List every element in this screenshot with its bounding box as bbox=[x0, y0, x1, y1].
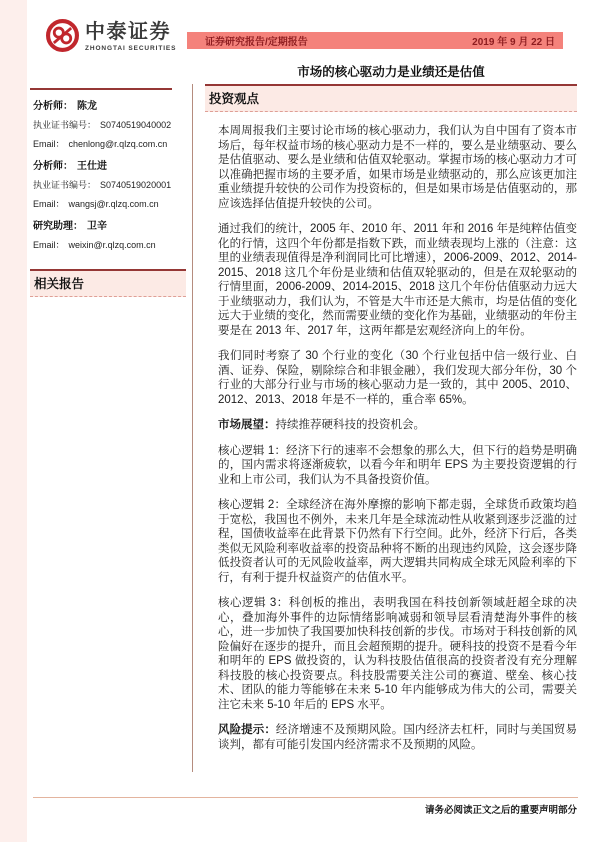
footer-rule bbox=[33, 797, 578, 798]
paragraph-text: 核心逻辑 2：全球经济在海外摩擦的影响下都走弱，全球货币政策均趋于宽松，我国也不… bbox=[218, 499, 577, 584]
analyst-email: chenlong@r.qlzq.com.cn bbox=[69, 139, 168, 149]
brand-name-en: ZHONGTAI SECURITIES bbox=[85, 45, 176, 52]
paragraph-text: 我们同时考察了 30 个行业的变化（30 个行业包括中信一级行业、白酒、证券、保… bbox=[218, 350, 577, 406]
report-category: 证券研究报告/定期报告 bbox=[205, 33, 308, 48]
analyst-list: 分析师：陈龙 执业证书编号：S0740519040002 Email：chenl… bbox=[30, 97, 186, 251]
report-paragraph: 核心逻辑 2：全球经济在海外摩擦的影响下都走弱，全球货币政策均趋于宽松，我国也不… bbox=[218, 498, 577, 585]
analyst-name: 陈龙 bbox=[77, 101, 97, 112]
report-paragraph: 通过我们的统计，2005 年、2010 年、2011 年和 2016 年是纯粹估… bbox=[218, 222, 577, 338]
analyst-role-label: 研究助理： bbox=[33, 221, 83, 232]
paragraph-text: 本周周报我们主要讨论市场的核心驱动力，我们认为自中国有了资本市场后，每年权益市场… bbox=[218, 125, 577, 210]
investment-view-header: 投资观点 bbox=[205, 84, 577, 112]
report-page: 中泰证券 ZHONGTAI SECURITIES 证券研究报告/定期报告 201… bbox=[0, 0, 595, 842]
report-title: 市场的核心驱动力是业绩还是估值 bbox=[205, 62, 577, 80]
email-label: Email： bbox=[33, 199, 65, 209]
related-reports-header: 相关报告 bbox=[30, 269, 186, 297]
report-paragraph: 我们同时考察了 30 个行业的变化（30 个行业包括中信一级行业、白酒、证券、保… bbox=[218, 349, 577, 407]
brand-text: 中泰证券 ZHONGTAI SECURITIES bbox=[85, 19, 176, 52]
analyst-email: weixin@r.qlzq.com.cn bbox=[69, 240, 156, 250]
paragraph-text: 核心逻辑 3：科创板的推出，表明我国在科技创新领域赶超全球的决心，叠加海外事件的… bbox=[218, 597, 577, 711]
paragraph-text: 通过我们的统计，2005 年、2010 年、2011 年和 2016 年是纯粹估… bbox=[218, 223, 577, 337]
report-paragraph: 核心逻辑 1：经济下行的速率不会想象的那么大，但下行的趋势是明确的，国内需求将逐… bbox=[218, 444, 577, 488]
report-paragraph: 市场展望：持续推荐硬科技的投资机会。 bbox=[218, 418, 577, 433]
analyst-role-label: 分析师： bbox=[33, 161, 73, 172]
paragraph-text: 核心逻辑 1：经济下行的速率不会想象的那么大，但下行的趋势是明确的，国内需求将逐… bbox=[218, 445, 577, 486]
brand-logo: 中泰证券 ZHONGTAI SECURITIES bbox=[46, 19, 176, 52]
brand-name-cn: 中泰证券 bbox=[85, 22, 176, 43]
report-paragraph: 本周周报我们主要讨论市场的核心驱动力，我们认为自中国有了资本市场后，每年权益市场… bbox=[218, 124, 577, 211]
email-label: Email： bbox=[33, 240, 65, 250]
cert-label: 执业证书编号： bbox=[33, 120, 96, 130]
paragraph-text: 持续推荐硬科技的投资机会。 bbox=[276, 419, 426, 431]
main-content: 投资观点 本周周报我们主要讨论市场的核心驱动力，我们认为自中国有了资本市场后，每… bbox=[205, 84, 577, 763]
cert-label: 执业证书编号： bbox=[33, 180, 96, 190]
analyst-name: 卫辛 bbox=[87, 221, 107, 232]
page-left-margin-stripe bbox=[0, 0, 27, 842]
zhongtai-logo-icon bbox=[46, 19, 79, 52]
paragraph-lead: 风险提示： bbox=[218, 724, 276, 736]
report-type-banner: 证券研究报告/定期报告 2019 年 9 月 22 日 bbox=[187, 32, 563, 49]
cert-number: S0740519040002 bbox=[100, 120, 171, 130]
column-divider bbox=[192, 84, 193, 772]
cert-number: S0740519020001 bbox=[100, 180, 171, 190]
report-paragraph: 核心逻辑 3：科创板的推出，表明我国在科技创新领域赶超全球的决心，叠加海外事件的… bbox=[218, 596, 577, 712]
analyst-block: 分析师：陈龙 执业证书编号：S0740519040002 Email：chenl… bbox=[30, 97, 186, 150]
analyst-block: 研究助理：卫辛 Email：weixin@r.qlzq.com.cn bbox=[30, 217, 186, 251]
sidebar-top-rule bbox=[30, 88, 172, 90]
footer-disclaimer: 请务必阅读正文之后的重要声明部分 bbox=[205, 802, 577, 816]
email-label: Email： bbox=[33, 139, 65, 149]
analyst-name: 王仕进 bbox=[77, 161, 107, 172]
sidebar: 分析师：陈龙 执业证书编号：S0740519040002 Email：chenl… bbox=[30, 88, 186, 297]
analyst-email: wangsj@r.qlzq.com.cn bbox=[69, 199, 159, 209]
analyst-block: 分析师：王仕进 执业证书编号：S0740519020001 Email：wang… bbox=[30, 157, 186, 210]
report-date: 2019 年 9 月 22 日 bbox=[472, 33, 555, 48]
paragraph-lead: 市场展望： bbox=[218, 419, 276, 431]
paragraph-list: 本周周报我们主要讨论市场的核心驱动力，我们认为自中国有了资本市场后，每年权益市场… bbox=[205, 112, 577, 752]
report-paragraph: 风险提示：经济增速不及预期风险。国内经济去杠杆，同时与美国贸易谈判，都有可能引发… bbox=[218, 723, 577, 752]
analyst-role-label: 分析师： bbox=[33, 101, 73, 112]
